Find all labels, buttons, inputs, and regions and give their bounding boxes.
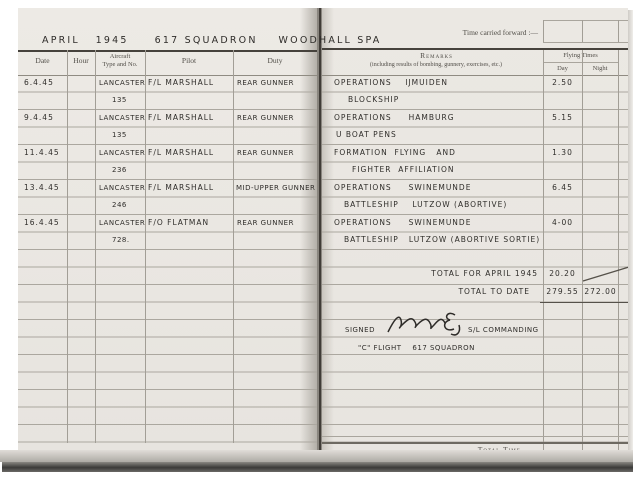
log-entry-row: 16.4.45 LANCASTER 728. F/O FLATMAN REAR … [0,215,636,250]
entry-pilot: F/L MARSHALL [148,114,214,122]
book-bottom-edge [0,450,633,462]
col-header-flying-times: Flying Times [543,52,618,59]
entry-aircraft-no: 236 [112,167,127,175]
total-for-month-label: TOTAL FOR APRIL 1945 [400,270,538,278]
tcf-box-line [618,20,619,42]
entry-remarks-line1: FORMATION FLYING AND [334,149,456,157]
col-header-day: Day [543,65,582,72]
total-for-month-day: 20.20 [543,270,582,278]
col-header-duty: Duty [233,57,317,65]
totals-underline [540,302,628,303]
double-rule-light [322,436,628,437]
flying-times-divider [543,62,618,63]
entry-date: 13.4.45 [24,184,60,192]
col-header-remarks: Remarks [330,52,543,60]
col-header-aircraft-line1: Aircraft [95,53,145,60]
entry-remarks-line1: OPERATIONS SWINEMUNDE [334,219,471,227]
entry-remarks-line2: FIGHTER AFFILIATION [352,166,455,174]
entry-duty: REAR GUNNER [237,115,294,123]
tcf-box-line [582,20,583,42]
entry-remarks-line2: BLOCKSHIP [348,96,399,104]
entry-date: 6.4.45 [24,79,54,87]
entry-duty: REAR GUNNER [237,150,294,158]
col-header-remarks-subtitle: (including results of bombing, gunnery, … [326,62,546,69]
time-carried-forward-label: Time carried forward :— [370,29,538,37]
entry-aircraft-type: LANCASTER [99,185,145,193]
double-rule-heavy [322,442,628,444]
logbook-scan: APRIL 1945 617 SQUADRON WOODHALL SPA Tim… [0,0,636,496]
entry-remarks-line1: OPERATIONS HAMBURG [334,114,455,122]
entry-remarks-line1: OPERATIONS SWINEMUNDE [334,184,471,192]
entry-duty: REAR GUNNER [237,220,294,228]
commanding-label: S/L COMMANDING [468,327,539,335]
col-header-aircraft-line2: Type and No. [95,61,145,68]
entry-aircraft-type: LANCASTER [99,220,145,228]
entry-duty: MID-UPPER GUNNER [236,185,315,193]
col-header-hour: Hour [67,57,95,65]
log-entry-row: 9.4.45 LANCASTER 135 F/L MARSHALL REAR G… [0,110,636,145]
signed-label: SIGNED [345,327,375,335]
signature-scrawl [385,308,465,338]
entry-aircraft-no: 135 [112,97,127,105]
month-squadron-title: APRIL 1945 617 SQUADRON WOODHALL SPA [42,36,382,46]
page-edge-right [628,10,633,452]
entry-pilot: F/O FLATMAN [148,219,209,227]
total-to-date-label: TOTAL TO DATE [400,288,530,296]
entry-aircraft-type: LANCASTER [99,150,145,158]
entry-pilot: F/L MARSHALL [148,79,214,87]
page-edge-stripes [0,0,18,468]
entry-remarks-line1: OPERATIONS IJMUIDEN [334,79,448,87]
tcf-box-top [543,20,628,21]
entry-day-time: 6.45 [543,184,582,192]
total-to-date-night: 272.00 [583,288,618,296]
entry-remarks-line2: BATTLESHIP LUTZOW (ABORTIVE) [344,201,507,209]
entry-aircraft-no: 135 [112,132,127,140]
entry-remarks-line2: U BOAT PENS [336,131,397,139]
log-entry-row: 6.4.45 LANCASTER 135 F/L MARSHALL REAR G… [0,75,636,110]
entry-aircraft-no: 246 [112,202,127,210]
entry-aircraft-type: LANCASTER [99,80,145,88]
log-entry-row: 13.4.45 LANCASTER 246 F/L MARSHALL MID-U… [0,180,636,215]
log-entry-row: 11.4.45 LANCASTER 236 F/L MARSHALL REAR … [0,145,636,180]
entry-remarks-line2: BATTLESHIP LUTZOW (ABORTIVE SORTIE) [344,236,540,244]
entry-day-time: 4-00 [543,219,582,227]
flight-squadron-line: "C" FLIGHT 617 SQUADRON [358,345,475,353]
entry-day-time: 1.30 [543,149,582,157]
entry-date: 11.4.45 [24,149,60,157]
col-header-date: Date [18,57,67,65]
book-bottom-shadow [2,462,633,472]
title-underline [18,50,317,52]
col-header-night: Night [582,65,618,72]
night-total-strike [582,264,630,284]
entry-duty: REAR GUNNER [237,80,294,88]
entry-pilot: F/L MARSHALL [148,149,214,157]
entry-aircraft-type: LANCASTER [99,115,145,123]
entry-day-time: 5.15 [543,114,582,122]
entry-date: 16.4.45 [24,219,60,227]
col-header-pilot: Pilot [145,57,233,65]
entry-aircraft-no: 728. [112,237,130,245]
total-to-date-day: 279.55 [543,288,582,296]
entry-day-time: 2.50 [543,79,582,87]
entry-date: 9.4.45 [24,114,54,122]
tcf-box-bottom [543,42,628,43]
tcf-box-line [543,20,544,42]
entry-pilot: F/L MARSHALL [148,184,214,192]
